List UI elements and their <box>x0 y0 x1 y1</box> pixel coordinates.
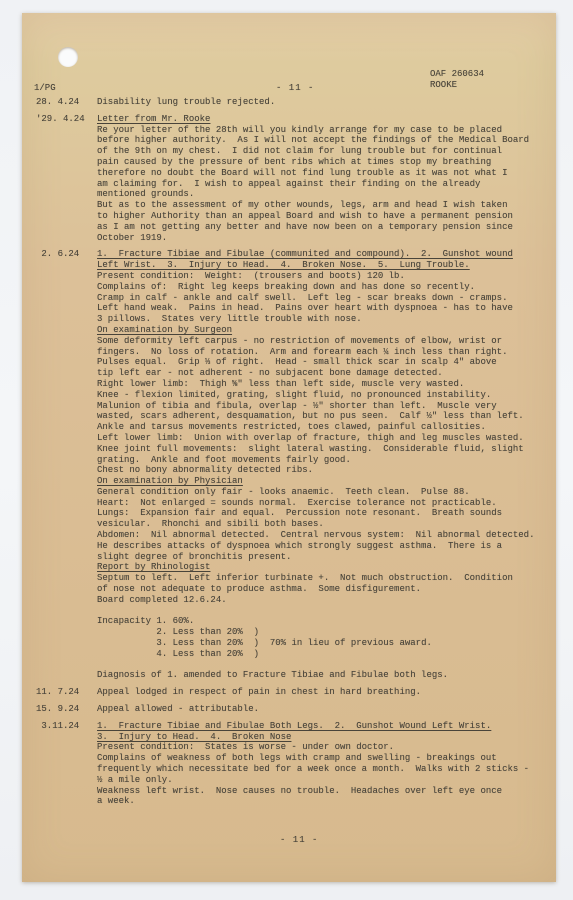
entry-text-line: grating. Ankle and foot movements fairly… <box>97 455 550 466</box>
entry-text-line: Complains of: Right leg keeps breaking d… <box>97 282 550 293</box>
record-entry: 28. 4.24 Disability lung trouble rejecte… <box>36 97 550 108</box>
entry-text-line: 3 pillows. States very little trouble wi… <box>97 314 550 325</box>
entry-text-line: Cramp in calf - ankle and calf swell. Le… <box>97 293 550 304</box>
entry-text-line: slight degree of bronchitis present. <box>97 552 550 563</box>
entry-text-line: pain caused by the pressure of bent ribs… <box>97 157 550 168</box>
entry-text-line: 3. Less than 20% ) 70% in lieu of previo… <box>97 638 550 649</box>
entry-text-line: Re your letter of the 28th will you kind… <box>97 125 550 136</box>
entry-text-line <box>97 660 550 671</box>
entry-text-line: am claiming for. I wish to appeal agains… <box>97 179 550 190</box>
entry-text-line: Left lower limb: Union with overlap of f… <box>97 433 550 444</box>
entry-lines: 1. Fracture Tibiae and Fibulae Both Legs… <box>97 721 550 807</box>
entry-heading-line: 1. Fracture Tibiae and Fibulae (communit… <box>97 249 550 260</box>
entry-date: '29. 4.24 <box>36 114 97 125</box>
entry-text-line: He describes attacks of dyspnoea which s… <box>97 541 550 552</box>
entry-date: 28. 4.24 <box>36 97 97 108</box>
entries-container: 28. 4.24 Disability lung trouble rejecte… <box>36 97 550 813</box>
entry-heading-line: Letter from Mr. Rooke <box>97 114 550 125</box>
entry-text-line: Appeal lodged in respect of pain in ches… <box>97 687 550 698</box>
document-page: 1/PG - 11 - OAF 260634 ROOKE 28. 4.24 Di… <box>22 13 556 882</box>
file-number: OAF 260634 <box>430 69 484 79</box>
entry-heading-line: On examination by Surgeon <box>97 325 550 336</box>
entry-date: 2. 6.24 <box>36 249 97 260</box>
entry-text-line: Knee joint full movements: slight latera… <box>97 444 550 455</box>
entry-text-line: Present condition: States is worse - und… <box>97 742 550 753</box>
entry-text-line: Left hand weak. Pains in head. Pains ove… <box>97 303 550 314</box>
record-entry: '29. 4.24 Letter from Mr. RookeRe your l… <box>36 114 550 244</box>
entry-text-line: Chest no bony abnormality detected ribs. <box>97 465 550 476</box>
entry-text-line: to higher Authority than an appeal Board… <box>97 211 550 222</box>
footer-page-number: - 11 - <box>280 835 318 845</box>
entry-text-line: Appeal allowed - attributable. <box>97 704 550 715</box>
entry-text-line: vesicular. Rhonchi and sibili both bases… <box>97 519 550 530</box>
entry-text-line: frequently which necessitate bed for a w… <box>97 764 550 775</box>
entry-text-line: wasted, scars adherent, desquamation, bu… <box>97 411 550 422</box>
entry-text-line: Board completed 12.6.24. <box>97 595 550 606</box>
entry-text-line: ½ a mile only. <box>97 775 550 786</box>
entry-text-line: Present condition: Weight: (trousers and… <box>97 271 550 282</box>
entry-text-line: Right lower limb: Thigh ⅝" less than lef… <box>97 379 550 390</box>
entry-lines: Letter from Mr. RookeRe your letter of t… <box>97 114 550 244</box>
entry-text-line: Heart: Not enlarged = sounds normal. Exe… <box>97 498 550 509</box>
entry-text-line: October 1919. <box>97 233 550 244</box>
entry-text-line: Malunion of tibia and fibula, overlap - … <box>97 401 550 412</box>
entry-text-line: General condition only fair - looks anae… <box>97 487 550 498</box>
entry-text-line: Knee - flexion limited, grating, slight … <box>97 390 550 401</box>
entry-text-line: of the 9th on my chest. I did not claim … <box>97 146 550 157</box>
entry-text-line: therefore no doubt the Board will not fi… <box>97 168 550 179</box>
entry-text-line: Septum to left. Left inferior turbinate … <box>97 573 550 584</box>
entry-text-line: Incapacity 1. 60%. <box>97 616 550 627</box>
entry-text-line: Diagnosis of 1. amended to Fracture Tibi… <box>97 670 550 681</box>
entry-text-line: Ankle and tarsus movements restricted, t… <box>97 422 550 433</box>
entry-heading-line: On examination by Physician <box>97 476 550 487</box>
record-entry: 2. 6.24 1. Fracture Tibiae and Fibulae (… <box>36 249 550 681</box>
entry-text-line: Weakness left wrist. Nose causes no trou… <box>97 786 550 797</box>
entry-lines: Appeal allowed - attributable. <box>97 704 550 715</box>
entry-heading-line: 1. Fracture Tibiae and Fibulae Both Legs… <box>97 721 550 732</box>
header-page-number: - 11 - <box>276 83 314 93</box>
header-file-block: OAF 260634 ROOKE <box>430 69 484 91</box>
entry-lines: Appeal lodged in respect of pain in ches… <box>97 687 550 698</box>
entry-text-line: Lungs: Expansion fair and equal. Percuss… <box>97 508 550 519</box>
entry-heading-line: Report by Rhinologist <box>97 562 550 573</box>
entry-text-line: as I am not getting any better and have … <box>97 222 550 233</box>
entry-text-line: Pulses equal. Grip ⅓ of right. Head - sm… <box>97 357 550 368</box>
surname: ROOKE <box>430 80 457 90</box>
entry-text-line: of nose not adequate to produce asthma. … <box>97 584 550 595</box>
entry-text-line: Some deformity left carpus - no restrict… <box>97 336 550 347</box>
entry-date: 11. 7.24 <box>36 687 97 698</box>
entry-text-line <box>97 606 550 617</box>
entry-text-line: tip left ear - not adherent - no subjace… <box>97 368 550 379</box>
entry-text-line: mentioned grounds. <box>97 189 550 200</box>
entry-lines: 1. Fracture Tibiae and Fibulae (communit… <box>97 249 550 681</box>
entry-text-line: But as to the assessment of my other wou… <box>97 200 550 211</box>
entry-text-line: Complains of weakness of both legs with … <box>97 753 550 764</box>
header-reference: 1/PG <box>34 83 56 93</box>
entry-lines: Disability lung trouble rejected. <box>97 97 550 108</box>
entry-text-line: Disability lung trouble rejected. <box>97 97 550 108</box>
entry-text-line: a week. <box>97 796 550 807</box>
entry-text-line: before higher authority. As I will not a… <box>97 135 550 146</box>
entry-text-line: 2. Less than 20% ) <box>97 627 550 638</box>
entry-heading-line: Left Wrist. 3. Injury to Head. 4. Broken… <box>97 260 550 271</box>
record-entry: 15. 9.24 Appeal allowed - attributable. <box>36 704 550 715</box>
entry-date: 15. 9.24 <box>36 704 97 715</box>
entry-date: 3.11.24 <box>36 721 97 732</box>
record-entry: 3.11.24 1. Fracture Tibiae and Fibulae B… <box>36 721 550 807</box>
record-entry: 11. 7.24 Appeal lodged in respect of pai… <box>36 687 550 698</box>
entry-text-line: Abdomen: Nil abnormal detected. Central … <box>97 530 550 541</box>
entry-text-line: fingers. No loss of rotation. Arm and fo… <box>97 347 550 358</box>
entry-heading-line: 3. Injury to Head. 4. Broken Nose <box>97 732 550 743</box>
entry-text-line: 4. Less than 20% ) <box>97 649 550 660</box>
punch-hole <box>58 47 78 67</box>
